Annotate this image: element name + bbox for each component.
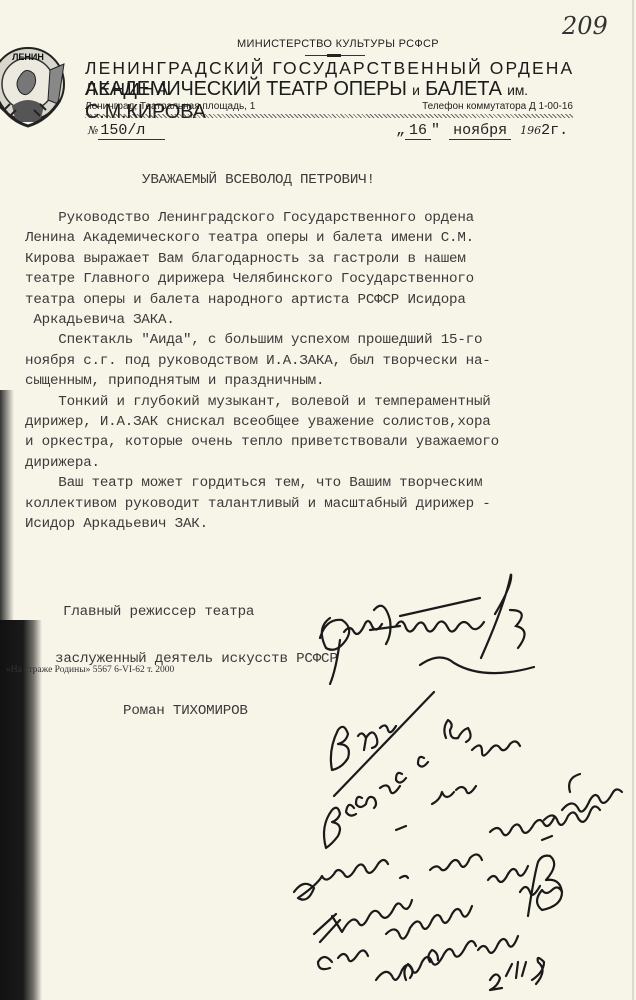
letter-body-line: Ленина Академического театра оперы и бал… [25,228,595,248]
date-quote: " [431,122,440,139]
scan-edge-shadow [0,620,42,1000]
organization-address: Ленинград, Театральная площадь, 1 [85,101,255,112]
scan-edge-shadow [0,390,14,630]
org-text: им. [507,82,528,98]
letter-body-line: и оркестра, которые очень тепло приветст… [25,432,595,452]
date-day: 16 [405,122,431,140]
letter-body-line: театра оперы и балета народного артиста … [25,290,595,310]
letter-body-line: Исидор Аркадьевич ЗАК. [25,514,595,534]
date-month: ноября [449,122,511,140]
handwritten-signature-icon [300,570,560,685]
date-quote: „ [396,122,405,139]
letter-body-line: дирижер, И.А.ЗАК снискал всеобщее уважен… [25,412,595,432]
svg-text:ЛЕНИН: ЛЕНИН [12,52,44,62]
letter-greeting: УВАЖАЕМЫЙ ВСЕВОЛОД ПЕТРОВИЧ! [142,172,375,188]
org-text: и [412,82,420,98]
letter-body-line: Руководство Ленинградского Государственн… [25,208,595,228]
org-text: АКАДЕМИЧЕСКИЙ ТЕАТР ОПЕРЫ [85,78,412,100]
letter-body-line: дирижера. [25,453,595,473]
letter-body-line: сыщенным, приподнятым и праздничным. [25,371,595,391]
number-value: 150/л [98,122,165,140]
organization-phone: Телефон коммутатора Д 1-00-16 [422,101,573,112]
archive-folio-number: 209 [562,12,608,40]
document-page: ЛЕНИН 209 МИНИСТЕРСТВО КУЛЬТУРЫ РСФСР ЛЕ… [0,0,636,1000]
handwritten-annotation-icon [280,680,636,1000]
document-date: „16" ноября 1962г. [396,122,568,139]
printer-imprint: «На страже Родины» 5567 6-VI-62 т. 2000 [6,665,174,675]
letter-body-line: ноября с.г. под руководством И.А.ЗАКА, б… [25,351,595,371]
date-year-suffix: 2г. [541,122,568,139]
decorative-wavy-rule [85,114,573,118]
number-sign: № [88,124,98,137]
letter-body-line: театре Главного дирижера Челябинского Го… [25,269,595,289]
divider [305,55,365,56]
letter-body-line: Тонкий и глубокий музыкант, волевой и те… [25,392,595,412]
org-text: БАЛЕТА [420,78,507,100]
letter-body-line: Аркадьевича ЗАКА. [25,310,595,330]
order-of-lenin-emblem-icon: ЛЕНИН [0,40,70,132]
letter-body-line: Кирова выражает Вам благодарность за гас… [25,249,595,269]
date-year-prefix: 196 [520,124,541,137]
letter-body-line: Ваш театр может гордиться тем, что Вашим… [25,473,595,493]
document-number: №150/л [88,122,165,139]
letter-body-line: Спектакль "Аида", с большим успехом прош… [25,330,595,350]
signer-title-line1: Главный режиссер театра [63,605,338,621]
letter-body-line: коллективом руководит талантливый и масш… [25,494,595,514]
ministry-heading: МИНИСТЕРСТВО КУЛЬТУРЫ РСФСР [0,38,636,50]
letter-body: Руководство Ленинградского Государственн… [25,208,595,535]
